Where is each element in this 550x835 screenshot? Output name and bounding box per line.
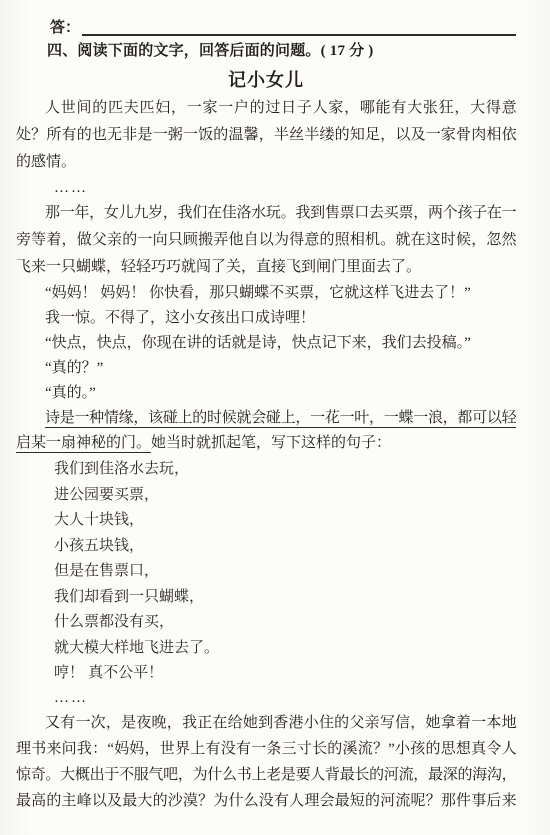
poem-line: 我们到佳洛水去玩，: [54, 456, 516, 482]
poem-line: 大人十块钱，: [54, 507, 516, 533]
underlined-sentence-part1: 诗是一种情缘，该碰上的时候就会碰上，一花一叶，一蝶一浪，都可以轻: [45, 410, 516, 428]
answer-row: 答：: [50, 12, 516, 38]
para4-line: 最高的主峰以及最大的沙漠？为什么没有人理会最短的河流呢？那件事后来: [16, 788, 516, 814]
dialogue-line: “快点，快点，你现在讲的话就是诗，快点记下来，我们去投稿。”: [16, 331, 516, 356]
para4-line: 理书来问我：“妈妈，世界上有没有一条三寸长的溪流？”小孩的思想真令人: [16, 736, 516, 762]
underlined-sentence-part2: 启某一扇神秘的门。: [16, 435, 151, 453]
ellipsis-line: ……: [54, 686, 516, 710]
para2-line: 那一年，女儿九岁，我们在佳洛水玩。我到售票口去买票，两个孩子在一: [16, 200, 516, 227]
para2-line: 旁等着，做父亲的一向只顾搬弄他自以为得意的照相机。就在这时候，忽然: [16, 227, 516, 254]
dialogue-line: “真的？”: [16, 356, 516, 381]
poem-line: 小孩五块钱，: [54, 533, 516, 559]
para2-line: 飞来一只蝴蝶，轻轻巧巧就闯了关，直接飞到闸门里面去了。: [16, 254, 516, 281]
para1-line: 人世间的匹夫匹妇，一家一户的过日子人家，哪能有大张狂，大得意: [16, 95, 516, 122]
para3-line-underlined: 诗是一种情缘，该碰上的时候就会碰上，一花一叶，一蝶一浪，都可以轻: [16, 406, 516, 431]
para3-line: 启某一扇神秘的门。她当时就抓起笔，写下这样的句子：: [16, 431, 516, 456]
answer-label: 答：: [50, 18, 80, 38]
dialogue-line: “真的。”: [16, 381, 516, 406]
para3-rest-text: 她当时就抓起笔，写下这样的句子：: [151, 435, 391, 451]
ellipsis-line: ……: [54, 176, 516, 200]
para1-line: 的感情。: [16, 149, 516, 176]
dialogue-line: 我一惊。不得了，这小女孩出口成诗哩！: [16, 306, 516, 331]
scanned-exam-page: 答： 四、阅读下面的文字，回答后面的问题。( 17 分 ) 记小女儿 人世间的匹…: [0, 0, 550, 835]
para4-line: 又有一次，是夜晚，我正在给她到香港小住的父亲写信，她拿着一本地: [16, 710, 516, 736]
poem-line: 我们却看到一只蝴蝶，: [54, 584, 516, 610]
poem-line: 就大模大样地飞进去了。: [54, 635, 516, 661]
dialogue-line: “妈妈！ 妈妈！ 你快看，那只蝴蝶不买票，它就这样飞进去了！”: [16, 281, 516, 306]
answer-blank-line: [82, 8, 516, 36]
poem-line: 进公园要买票，: [54, 482, 516, 508]
poem-line: 哼！ 真不公平！: [54, 660, 516, 686]
para4-line: 惊奇。大概出于不服气吧，为什么书上老是要人背最长的河流，最深的海沟，: [16, 762, 516, 788]
poem-line: 什么票都没有买，: [54, 609, 516, 635]
passage-title: 记小女儿: [16, 67, 516, 93]
para1-line: 处？所有的也无非是一粥一饭的温馨，半丝半缕的知足，以及一家骨肉相依: [16, 122, 516, 149]
section-question-heading: 四、阅读下面的文字，回答后面的问题。( 17 分 ): [47, 38, 516, 65]
poem-line: 但是在售票口，: [54, 558, 516, 584]
